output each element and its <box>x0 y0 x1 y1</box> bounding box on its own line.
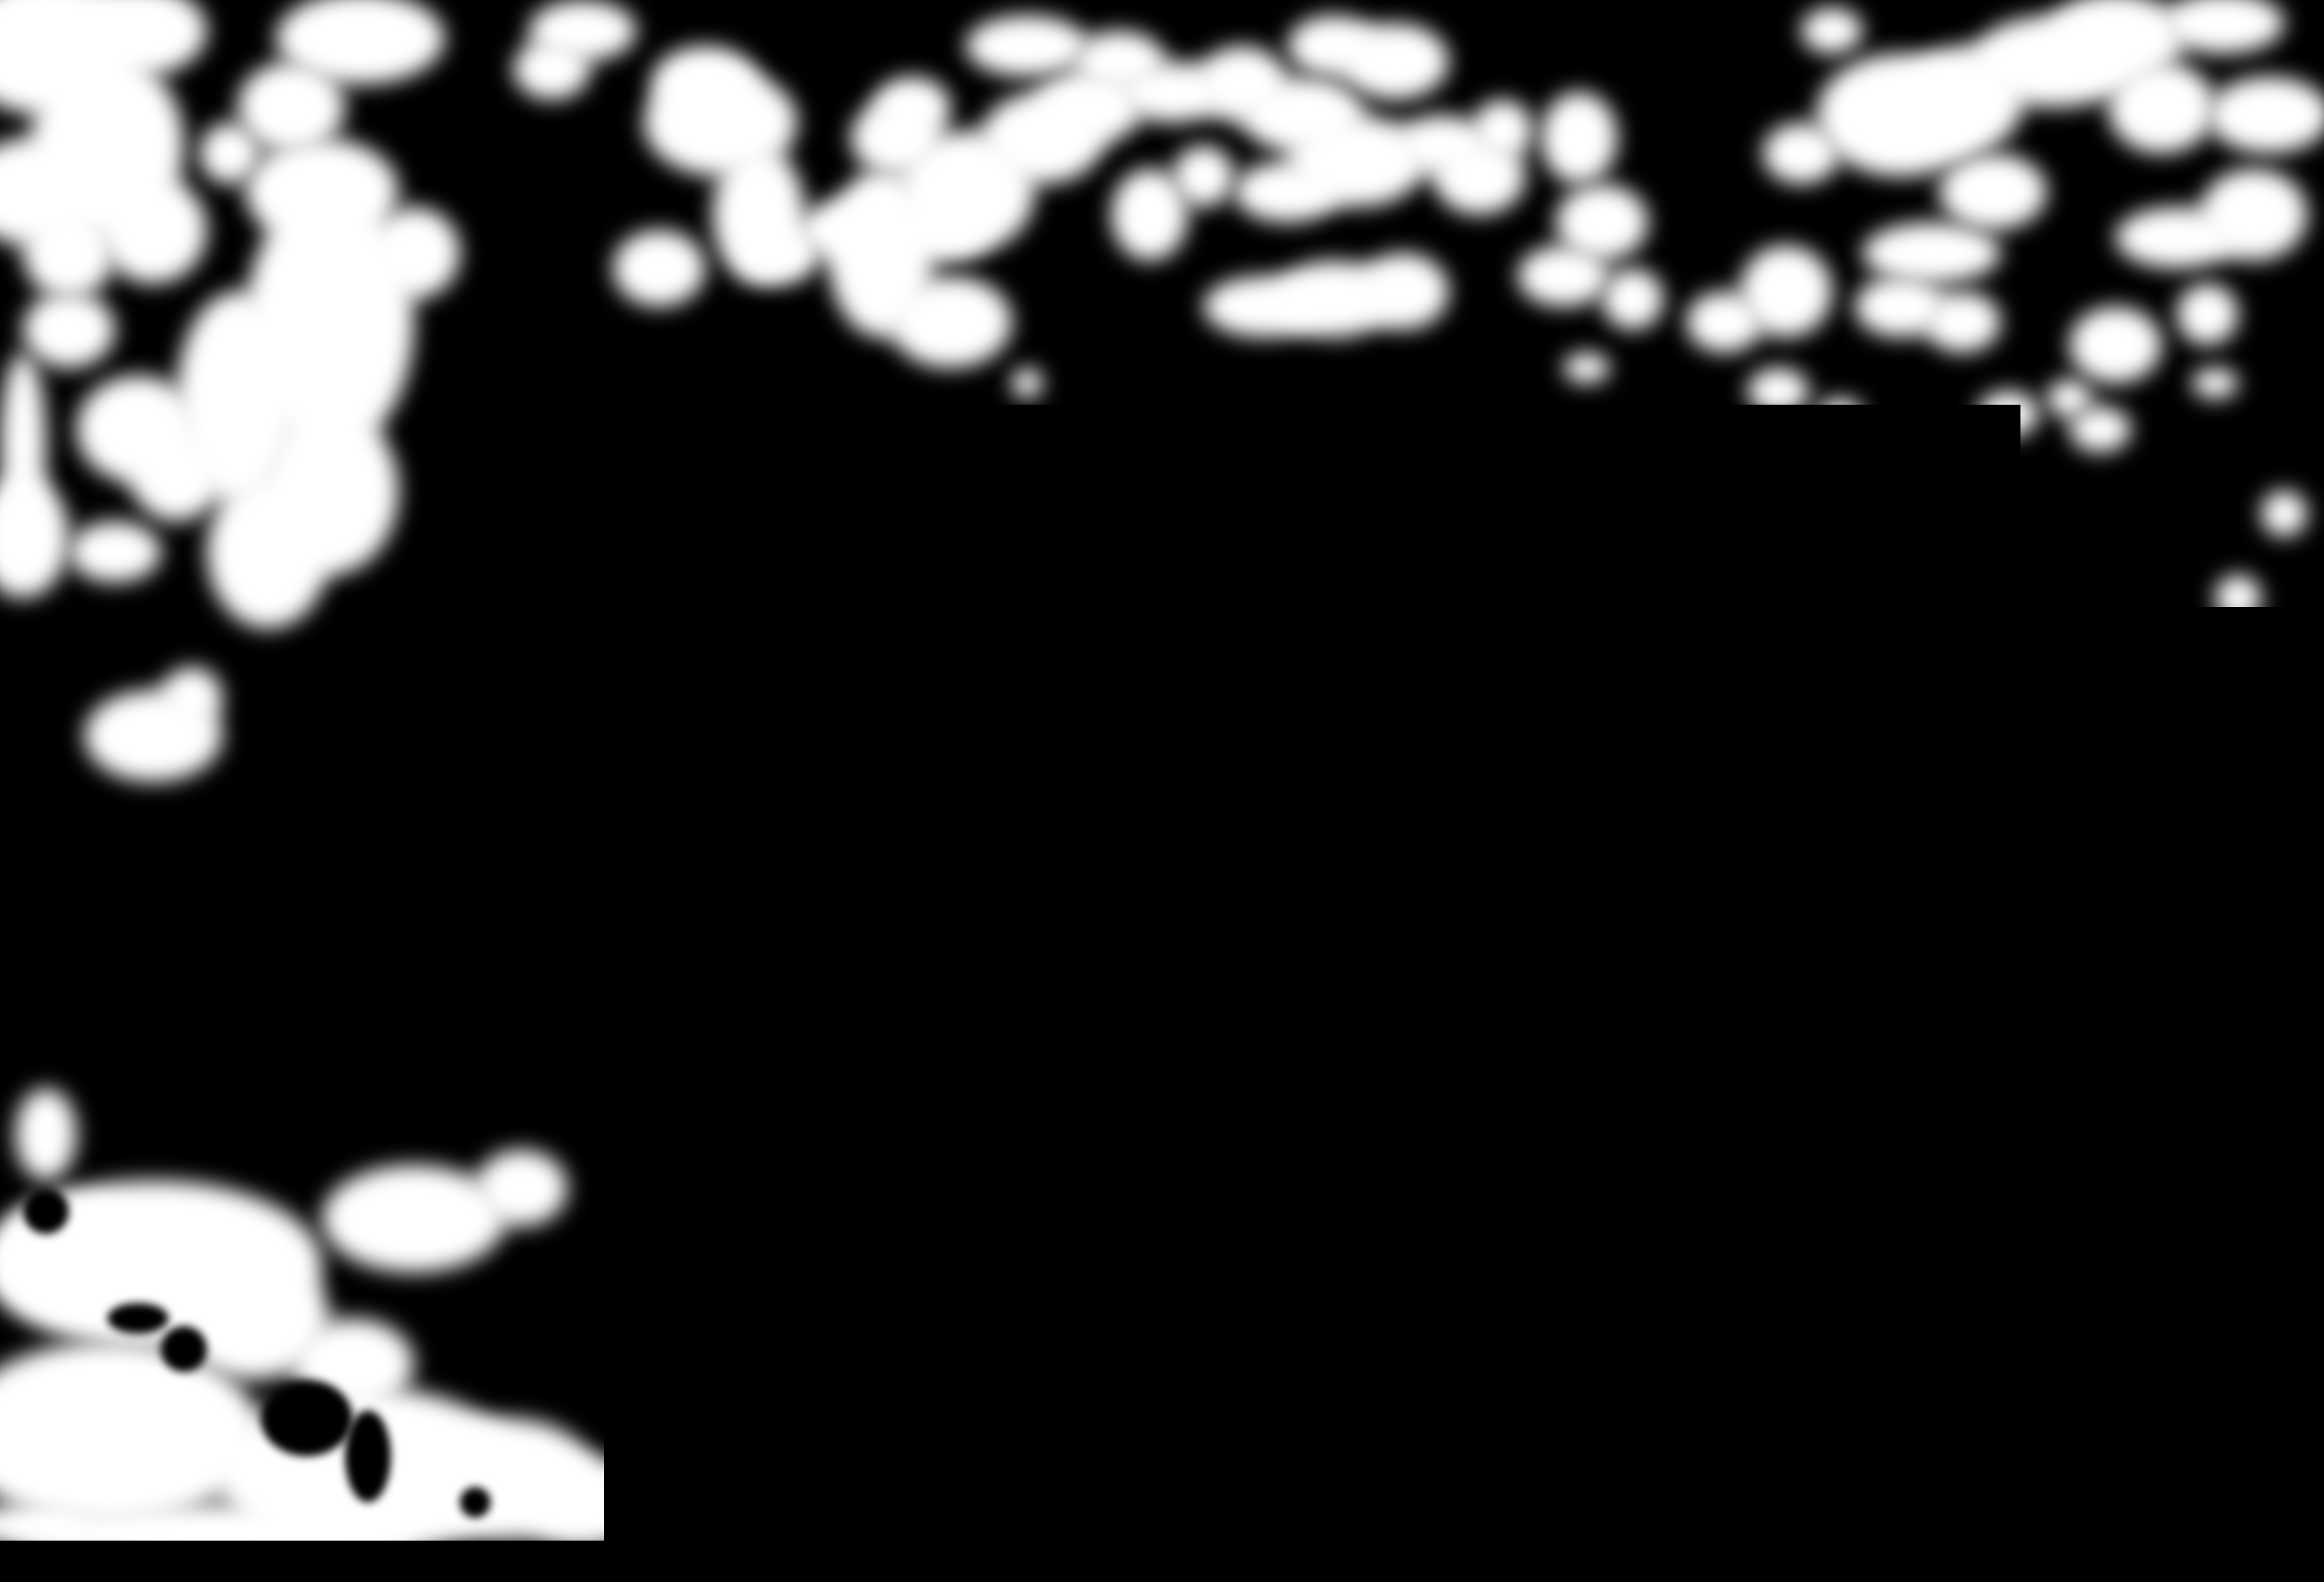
cloud-mask-image: Binary black-and-white segmentation mask… <box>0 0 2324 1582</box>
mask-canvas <box>0 0 2324 1582</box>
